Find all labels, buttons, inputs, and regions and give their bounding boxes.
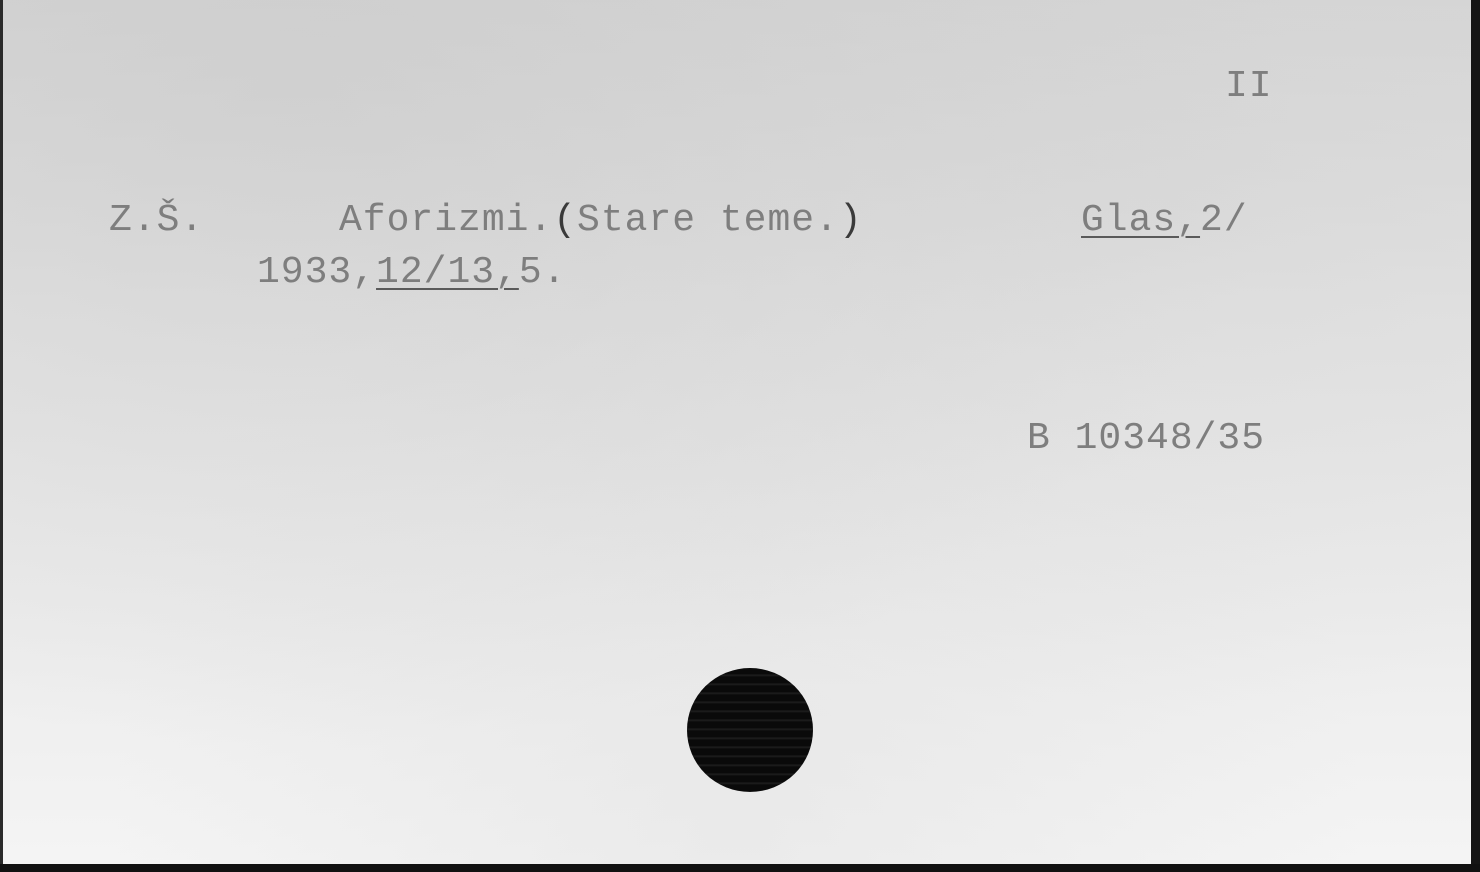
page-number: 5. <box>519 251 567 294</box>
work-title: Aforizmi. <box>339 199 553 242</box>
author-initials: Z.Š. <box>109 202 204 240</box>
issue-number: 12/13, <box>376 251 519 294</box>
subtitle-close-paren: ) <box>839 199 863 242</box>
publication-year: 1933, <box>257 251 376 294</box>
call-number: B 10348/35 <box>1027 420 1265 458</box>
catalog-card: II Z.Š. Aforizmi.(Stare teme.) Glas,2/ 1… <box>3 0 1471 864</box>
scan-edge-bottom <box>0 864 1480 872</box>
entry-title-line: Aforizmi.(Stare teme.) <box>339 202 863 240</box>
source-journal: Glas, <box>1081 199 1200 242</box>
source-line: Glas,2/ <box>1081 202 1248 240</box>
punch-hole <box>687 668 813 792</box>
subtitle-open-paren: ( <box>553 199 577 242</box>
work-subtitle: Stare teme. <box>577 199 839 242</box>
source-volume: 2/ <box>1200 199 1248 242</box>
card-sequence-number: II <box>1225 68 1273 106</box>
scan-edge-right <box>1471 0 1480 872</box>
citation-line: 1933,12/13,5. <box>257 254 566 292</box>
